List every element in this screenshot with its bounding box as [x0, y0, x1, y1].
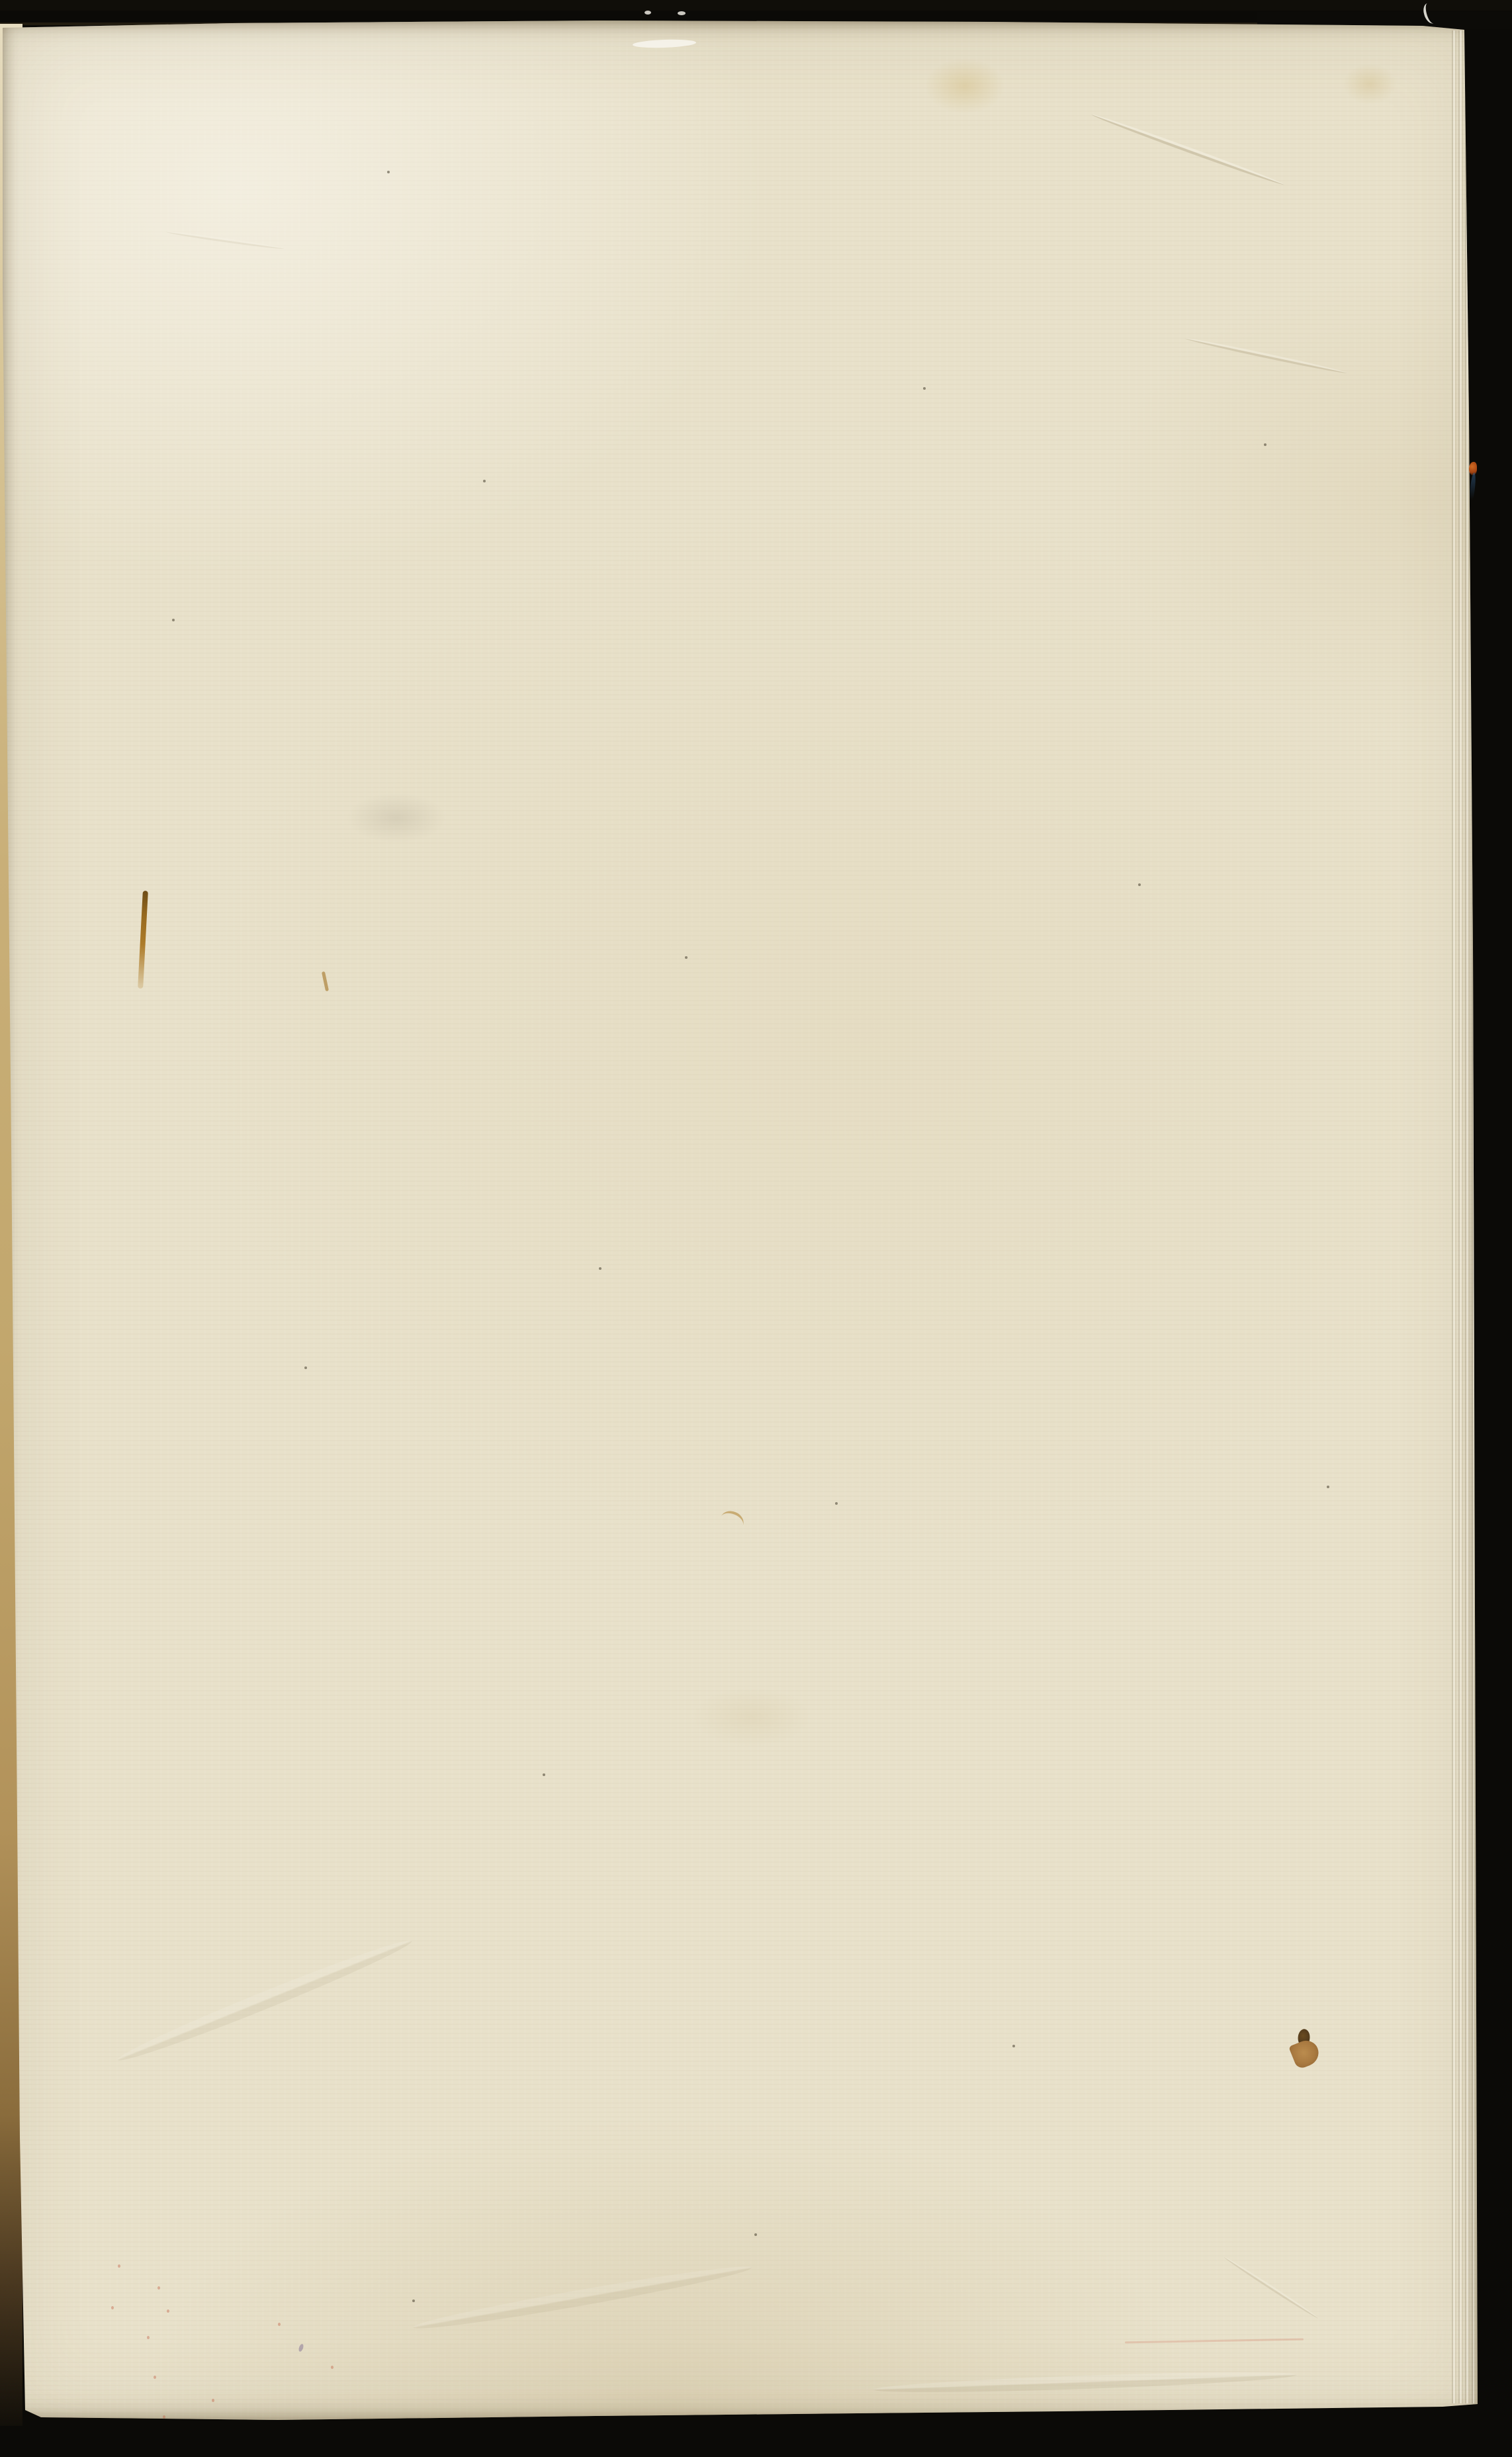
red-offset-fleck [167, 2309, 169, 2313]
paper-speck [483, 480, 486, 482]
stacked-leaf-edges [1452, 30, 1474, 2403]
red-offset-fleck [157, 2286, 160, 2290]
top-right-crease [1090, 112, 1285, 187]
paper-speck [412, 2300, 415, 2302]
debris-speck-tan-body [1288, 2037, 1322, 2070]
red-offset-fleck [154, 2376, 156, 2379]
red-offset-fleck [331, 2366, 334, 2369]
paper-speck [172, 619, 175, 621]
faint-tan-smudge [692, 1687, 811, 1747]
paper-speck [754, 2233, 757, 2236]
binding-light-chip [645, 11, 651, 15]
straw-fiber-mark [138, 891, 148, 989]
mid-right-crease [1184, 336, 1347, 375]
paper-speck [1264, 443, 1267, 446]
wrinkle-shading [873, 2368, 1297, 2396]
red-offset-fleck [278, 2323, 281, 2326]
red-offset-fleck [212, 2399, 214, 2402]
paper-speck [1138, 883, 1141, 886]
binding-light-chip [678, 11, 686, 15]
scanned-book-page [0, 0, 1512, 2457]
blank-page [0, 20, 1482, 2423]
red-offset-fleck [163, 2415, 165, 2419]
fore-edge-nick-blue [1469, 472, 1477, 503]
red-offset-fleck [118, 2264, 120, 2268]
paper-speck [599, 1267, 601, 1270]
paper-speck [1327, 1486, 1329, 1488]
debris-speck [1288, 2027, 1325, 2072]
faint-red-line [1125, 2339, 1304, 2344]
faint-tick-mark [322, 971, 329, 991]
bottom-right-crease [1223, 2255, 1319, 2320]
paper-speck [923, 387, 926, 390]
top-left-crease [165, 230, 284, 251]
red-offset-fleck [147, 2336, 150, 2339]
yellow-stain [925, 58, 1004, 114]
wrinkle-shading [114, 1933, 416, 2068]
yellow-stain [1343, 64, 1396, 105]
wrinkle-shading [412, 2260, 753, 2335]
violet-speck [298, 2343, 304, 2352]
paper-speck [543, 1773, 545, 1776]
paper-speck [685, 956, 688, 959]
paper-speck [1012, 2045, 1015, 2047]
paper-speck [304, 1366, 307, 1369]
paper-speck [835, 1502, 838, 1505]
deckle-light-spot [633, 38, 696, 48]
paper-speck [387, 171, 390, 173]
amber-fiber-curl [717, 1507, 747, 1535]
red-offset-fleck [111, 2306, 114, 2309]
grey-smudge [347, 793, 446, 843]
